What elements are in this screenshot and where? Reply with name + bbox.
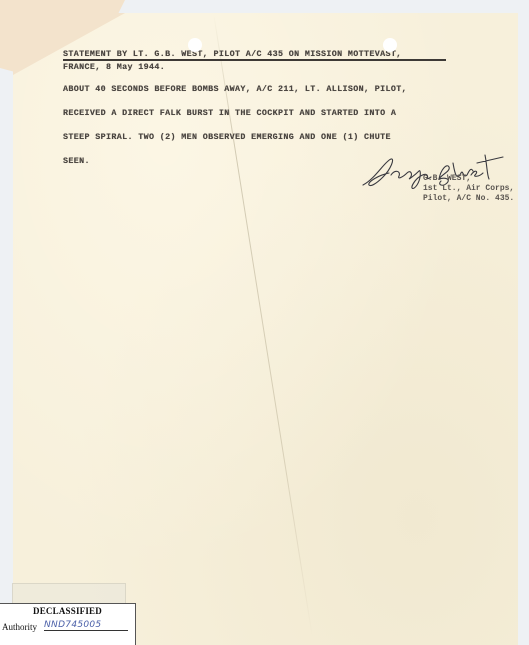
stamp-authority-value: NND745005: [44, 620, 128, 631]
punch-hole-left: [188, 38, 202, 52]
signature-role: Pilot, A/C No. 435.: [423, 194, 514, 203]
punch-hole-right: [383, 38, 397, 52]
signature-rank: 1st Lt., Air Corps,: [423, 184, 514, 193]
declassified-stamp: DECLASSIFIED Authority NND745005: [0, 603, 136, 645]
document-page: STATEMENT BY LT. G.B. WEST, PILOT A/C 43…: [13, 13, 518, 645]
fold-crease: [213, 13, 313, 637]
header-line-1: STATEMENT BY LT. G.B. WEST, PILOT A/C 43…: [63, 49, 402, 59]
body-line-1: ABOUT 40 SECONDS BEFORE BOMBS AWAY, A/C …: [63, 84, 407, 94]
stamp-title: DECLASSIFIED: [0, 606, 135, 616]
stamp-authority-label: Authority: [2, 622, 37, 632]
header-line-2: FRANCE, 8 May 1944.: [63, 62, 165, 72]
body-line-3: STEEP SPIRAL. TWO (2) MEN OBSERVED EMERG…: [63, 132, 391, 142]
header-underline: [63, 59, 446, 61]
body-line-4: SEEN.: [63, 156, 90, 166]
body-line-2: RECEIVED A DIRECT FALK BURST IN THE COCK…: [63, 108, 396, 118]
signature-name: G.B. WEST,: [423, 174, 471, 183]
